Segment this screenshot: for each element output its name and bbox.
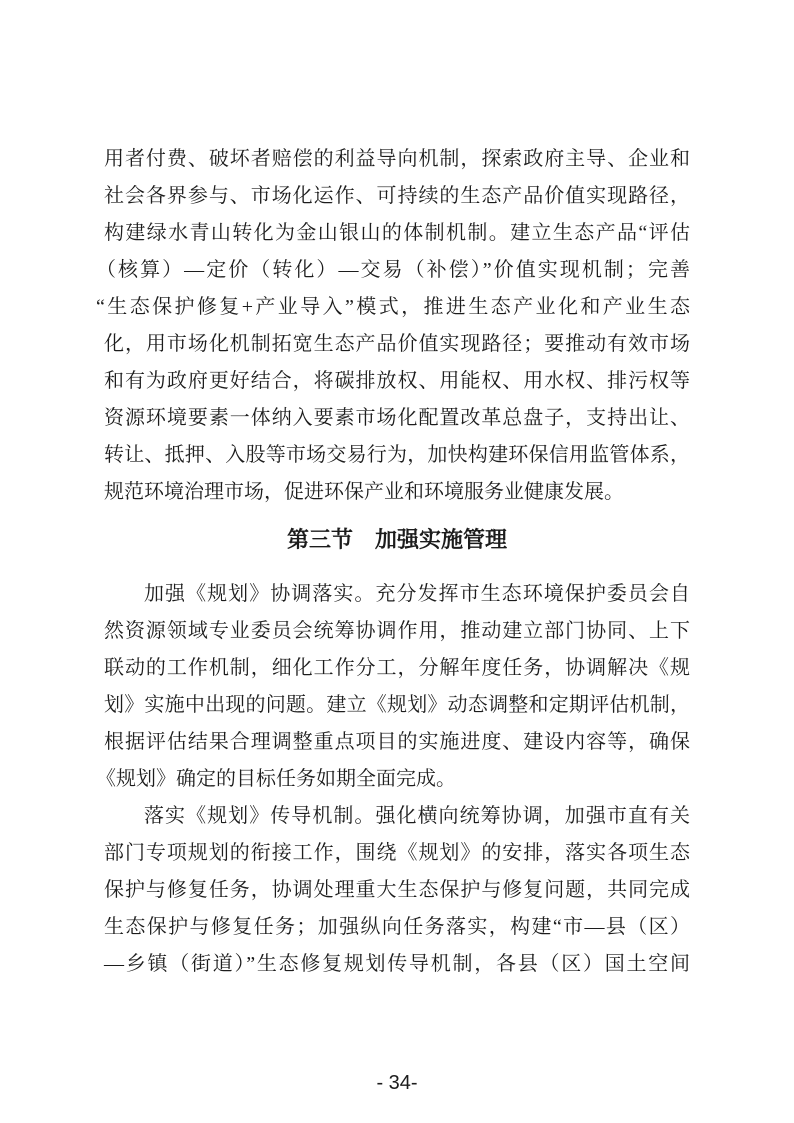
paragraph-3: 落实《规划》传导机制。强化横向统筹协调，加强市直有关 部门专项规划的衔接工作，围… <box>104 798 690 983</box>
body-text: 用者付费、破坏者赔偿的利益导向机制，探索政府主导、企业和 社会各界参与、市场化运… <box>104 141 690 983</box>
page-number: - 34- <box>0 1072 794 1095</box>
text-line: 规范环境治理市场，促进环保产业和环境服务业健康发展。 <box>104 474 690 511</box>
text-line: 部门专项规划的衔接工作，围绕《规划》的安排，落实各项生态 <box>104 835 690 872</box>
text-line: 落实《规划》传导机制。强化横向统筹协调，加强市直有关 <box>104 798 690 835</box>
text-line: 转让、抵押、入股等市场交易行为，加快构建环保信用监管体系， <box>104 437 690 474</box>
paragraph-2: 加强《规划》协调落实。充分发挥市生态环境保护委员会自 然资源领域专业委员会统筹协… <box>104 576 690 798</box>
text-line: 根据评估结果合理调整重点项目的实施进度、建设内容等，确保 <box>104 724 690 761</box>
text-line: 《规划》确定的目标任务如期全面完成。 <box>104 761 690 798</box>
text-line: —乡镇（街道）”生态修复规划传导机制，各县（区）国土空间 <box>104 946 690 983</box>
text-line: 生态保护与修复任务；加强纵向任务落实，构建“市—县（区） <box>104 909 690 946</box>
text-line: 和有为政府更好结合，将碳排放权、用能权、用水权、排污权等 <box>104 363 690 400</box>
paragraph-1: 用者付费、破坏者赔偿的利益导向机制，探索政府主导、企业和 社会各界参与、市场化运… <box>104 141 690 511</box>
text-line: 保护与修复任务，协调处理重大生态保护与修复问题，共同完成 <box>104 872 690 909</box>
document-page: 用者付费、破坏者赔偿的利益导向机制，探索政府主导、企业和 社会各界参与、市场化运… <box>0 0 794 1123</box>
text-line: “生态保护修复+产业导入”模式，推进生态产业化和产业生态 <box>104 289 690 326</box>
text-line: 联动的工作机制，细化工作分工，分解年度任务，协调解决《规 <box>104 650 690 687</box>
text-line: 加强《规划》协调落实。充分发挥市生态环境保护委员会自 <box>104 576 690 613</box>
text-line: 资源环境要素一体纳入要素市场化配置改革总盘子，支持出让、 <box>104 400 690 437</box>
section-heading: 第三节 加强实施管理 <box>104 521 690 558</box>
text-line: 划》实施中出现的问题。建立《规划》动态调整和定期评估机制， <box>104 687 690 724</box>
text-line: 然资源领域专业委员会统筹协调作用，推动建立部门协同、上下 <box>104 613 690 650</box>
text-line: 化，用市场化机制拓宽生态产品价值实现路径；要推动有效市场 <box>104 326 690 363</box>
text-line: 社会各界参与、市场化运作、可持续的生态产品价值实现路径， <box>104 178 690 215</box>
text-line: 用者付费、破坏者赔偿的利益导向机制，探索政府主导、企业和 <box>104 141 690 178</box>
text-line: 构建绿水青山转化为金山银山的体制机制。建立生态产品“评估 <box>104 215 690 252</box>
text-line: （核算）—定价（转化）—交易（补偿）”价值实现机制；完善 <box>104 252 690 289</box>
